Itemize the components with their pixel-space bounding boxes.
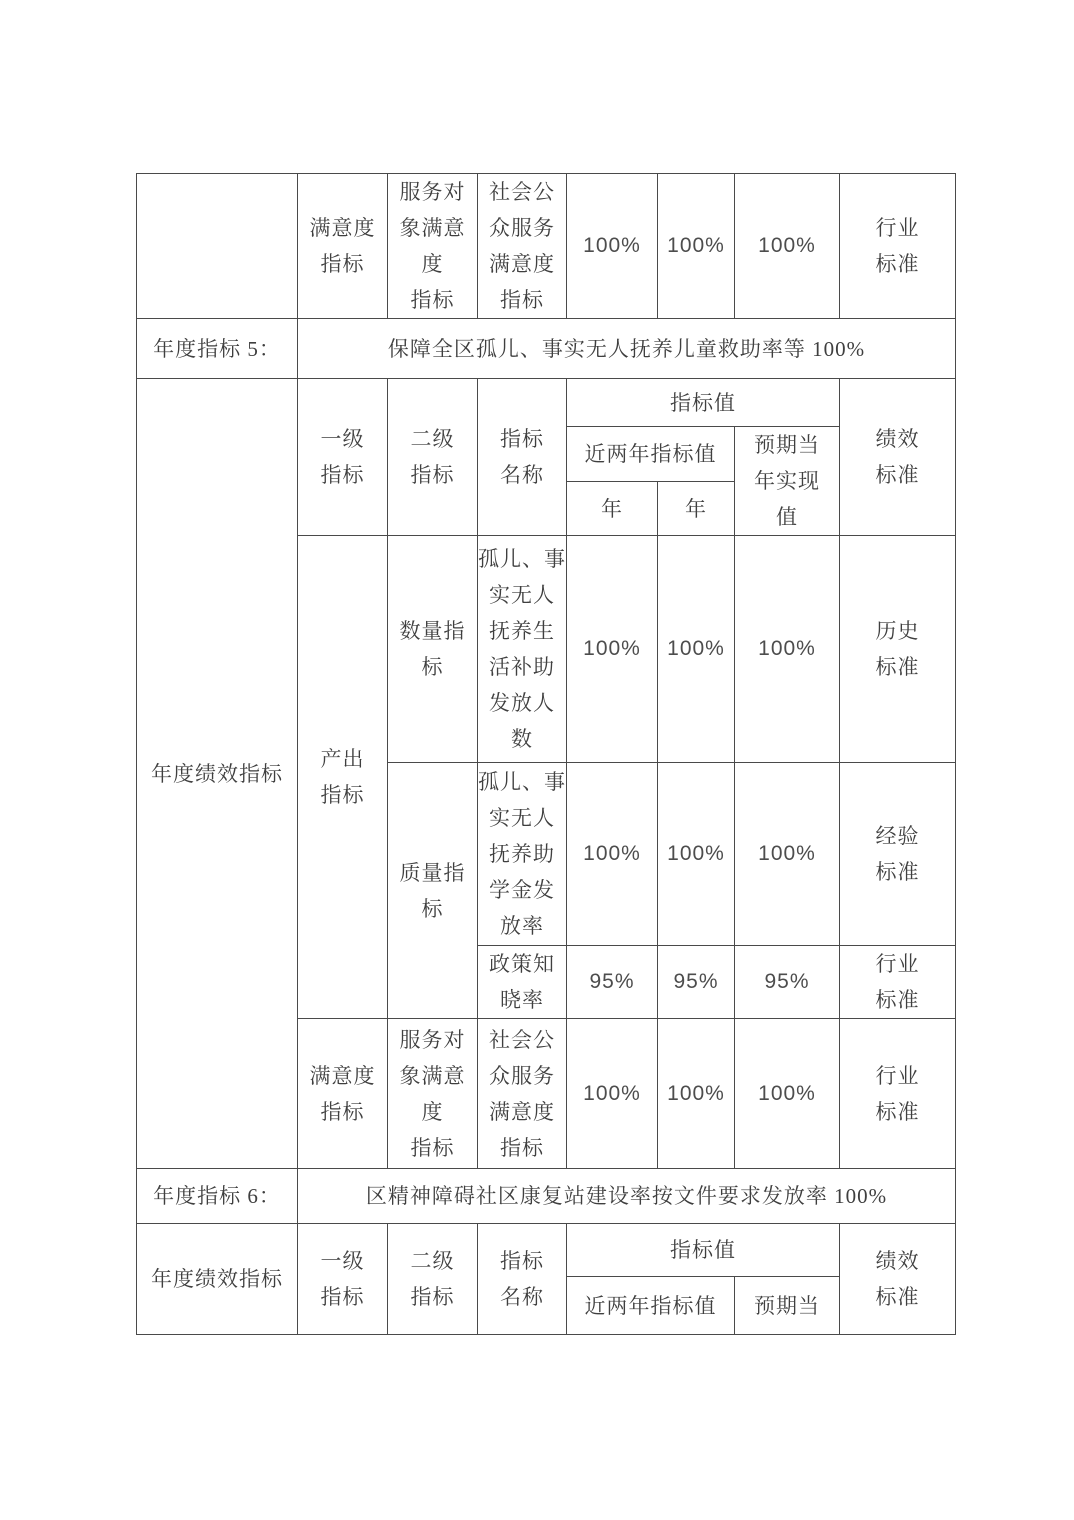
cell-header-indicator-value: 指标值 [567, 1224, 840, 1277]
cell-value-expected: 100% [735, 763, 840, 946]
cell-annual-indicator5-content: 保障全区孤儿、事实无人抚养儿童救助率等 100% [298, 319, 956, 379]
table-row: 年度指标 6： 区精神障碍社区康复站建设率按文件要求发放率 100% [137, 1169, 956, 1224]
cell-value-year2: 100% [658, 1019, 735, 1169]
cell-value-expected: 100% [735, 536, 840, 763]
cell-header-expected-current-year: 预期当 年实现 值 [735, 427, 840, 536]
cell-header-indicator-name: 指标 名称 [478, 379, 567, 536]
cell-empty-continuation [137, 174, 298, 319]
cell-header-indicator-name: 指标 名称 [478, 1224, 567, 1335]
cell-indicator-name-policy-awareness: 政策知 晓率 [478, 946, 567, 1019]
table-row: 年度绩效指标 一级 指标 二级 指标 指标 名称 指标值 绩效 标准 [137, 1224, 956, 1277]
cell-header-level2: 二级 指标 [388, 1224, 478, 1335]
cell-standard-industry: 行业 标准 [840, 174, 956, 319]
cell-value-expected: 100% [735, 174, 840, 319]
cell-level1-output: 产出 指标 [298, 536, 388, 1019]
cell-value-year1: 100% [567, 174, 658, 319]
table-row: 年度指标 5： 保障全区孤儿、事实无人抚养儿童救助率等 100% [137, 319, 956, 379]
cell-value-year2: 100% [658, 763, 735, 946]
cell-value-expected: 100% [735, 1019, 840, 1169]
cell-annual-performance-label: 年度绩效指标 [137, 379, 298, 1169]
cell-header-level1: 一级 指标 [298, 1224, 388, 1335]
cell-standard-historical: 历史 标准 [840, 536, 956, 763]
cell-indicator-name-public-satisfaction: 社会公 众服务 满意度 指标 [478, 1019, 567, 1169]
cell-level1-satisfaction: 满意度 指标 [298, 1019, 388, 1169]
cell-annual-indicator5-label: 年度指标 5： [137, 319, 298, 379]
cell-annual-indicator6-label: 年度指标 6： [137, 1169, 298, 1224]
cell-header-level1: 一级 指标 [298, 379, 388, 536]
cell-value-year2: 95% [658, 946, 735, 1019]
cell-header-level2: 二级 指标 [388, 379, 478, 536]
cell-standard-industry: 行业 标准 [840, 1019, 956, 1169]
cell-standard-experience: 经验 标准 [840, 763, 956, 946]
cell-value-year1: 95% [567, 946, 658, 1019]
performance-indicator-table: 满意度 指标 服务对 象满意 度 指标 社会公 众服务 满意度 指标 100% … [136, 173, 956, 1335]
cell-header-recent-two-years: 近两年指标值 [567, 1277, 735, 1335]
cell-annual-indicator6-content: 区精神障碍社区康复站建设率按文件要求发放率 100% [298, 1169, 956, 1224]
cell-header-indicator-value: 指标值 [567, 379, 840, 427]
cell-header-year-b: 年 [658, 482, 735, 536]
cell-standard-industry: 行业 标准 [840, 946, 956, 1019]
cell-annual-performance-label: 年度绩效指标 [137, 1224, 298, 1335]
table-row: 年度绩效指标 一级 指标 二级 指标 指标 名称 指标值 绩效 标准 [137, 379, 956, 427]
document-page: 满意度 指标 服务对 象满意 度 指标 社会公 众服务 满意度 指标 100% … [0, 0, 1074, 1520]
cell-header-recent-two-years: 近两年指标值 [567, 427, 735, 482]
cell-value-year2: 100% [658, 174, 735, 319]
cell-indicator-name-orphan-subsidy-count: 孤儿、事 实无人 抚养生 活补助 发放人 数 [478, 536, 567, 763]
cell-value-year1: 100% [567, 1019, 658, 1169]
cell-level2-quantity: 数量指 标 [388, 536, 478, 763]
cell-indicator-name-public-satisfaction: 社会公 众服务 满意度 指标 [478, 174, 567, 319]
cell-header-performance-standard: 绩效 标准 [840, 379, 956, 536]
table-row: 满意度 指标 服务对 象满意 度 指标 社会公 众服务 满意度 指标 100% … [137, 174, 956, 319]
cell-level2-service-target: 服务对 象满意 度 指标 [388, 174, 478, 319]
cell-indicator-name-grant-issuance-rate: 孤儿、事 实无人 抚养助 学金发 放率 [478, 763, 567, 946]
cell-header-year-a: 年 [567, 482, 658, 536]
cell-level2-quality: 质量指 标 [388, 763, 478, 1019]
cell-level2-service-target: 服务对 象满意 度 指标 [388, 1019, 478, 1169]
cell-value-year1: 100% [567, 763, 658, 946]
cell-header-performance-standard: 绩效 标准 [840, 1224, 956, 1335]
cell-value-year2: 100% [658, 536, 735, 763]
cell-value-year1: 100% [567, 536, 658, 763]
cell-value-expected: 95% [735, 946, 840, 1019]
cell-header-expected-partial: 预期当 [735, 1277, 840, 1335]
cell-level1-satisfaction: 满意度 指标 [298, 174, 388, 319]
